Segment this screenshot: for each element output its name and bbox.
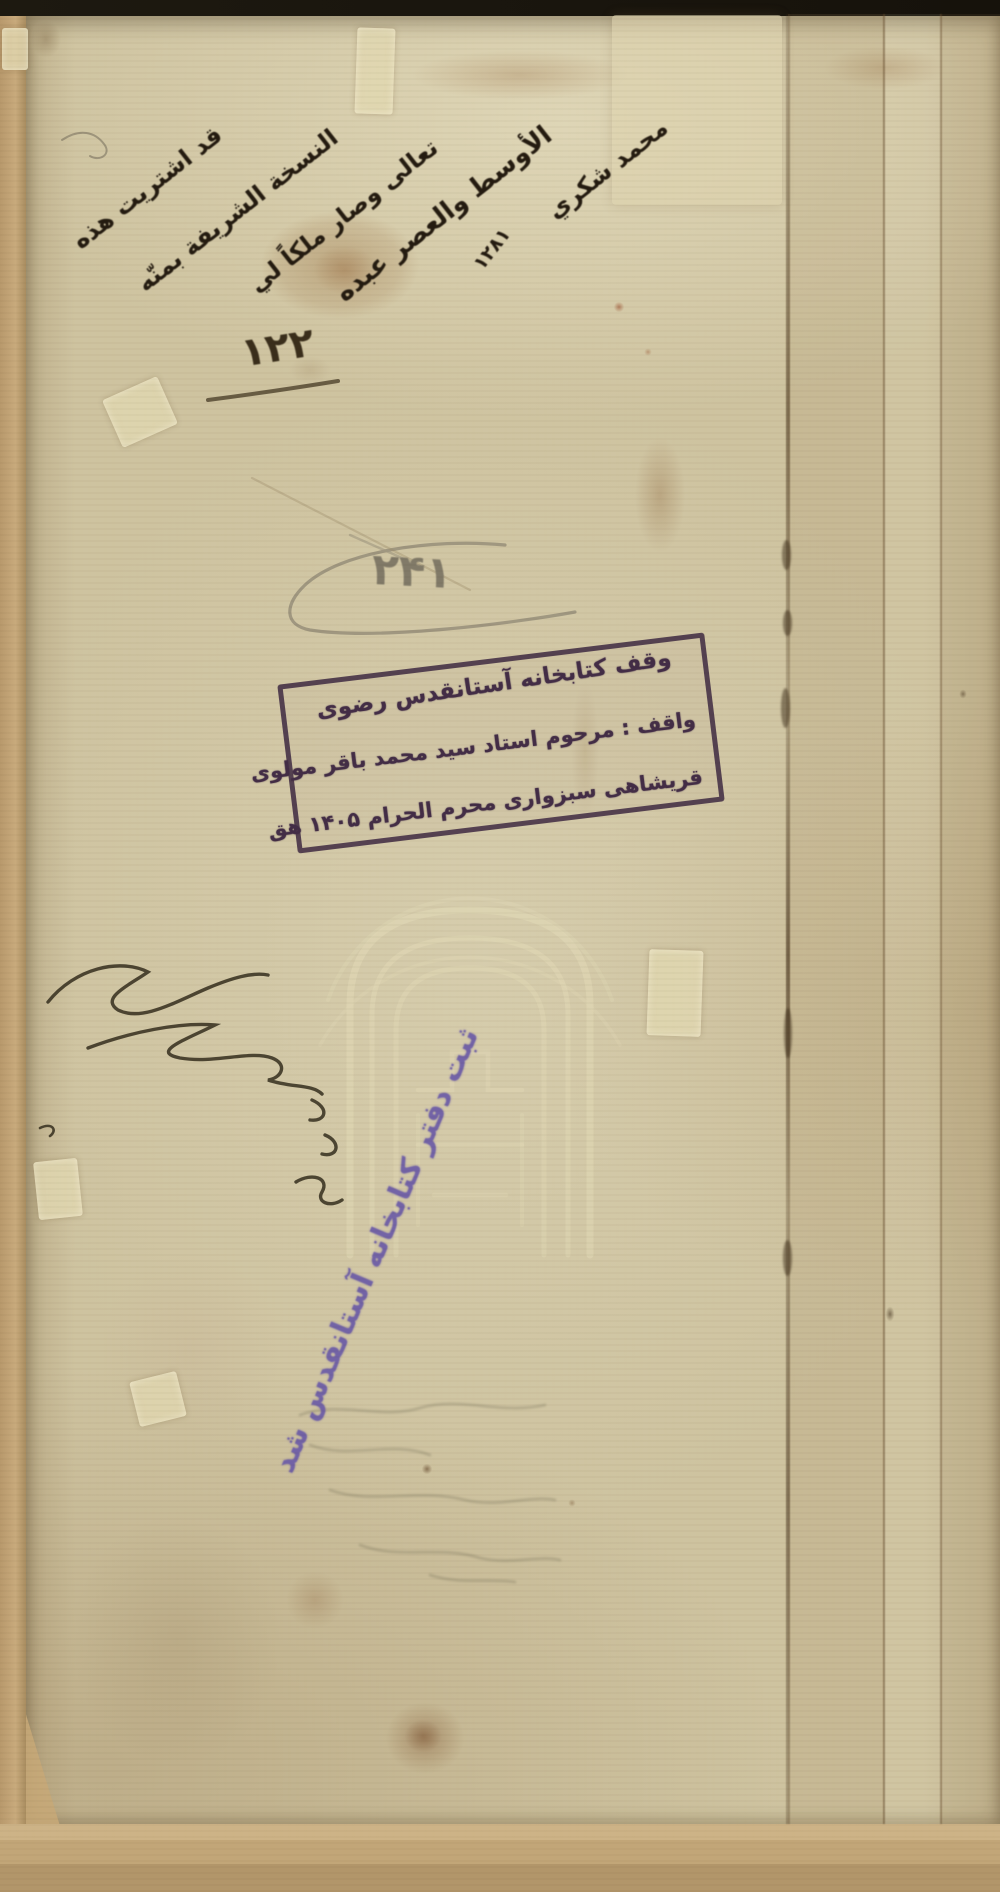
folio-underline <box>208 381 338 400</box>
corner-pencil-mark <box>62 133 107 158</box>
stamp-line: واقف : مرحوم استاد سيد محمد باقر مولوی <box>305 707 697 779</box>
bleedthrough-text <box>300 1404 560 1582</box>
accession-number: ۲۴۱ <box>351 543 474 600</box>
manuscript-scan: قد اشتريت هذه النسخة الشريفة بمنّه تعالى… <box>0 0 1000 1892</box>
handwritten-signature <box>40 966 342 1204</box>
